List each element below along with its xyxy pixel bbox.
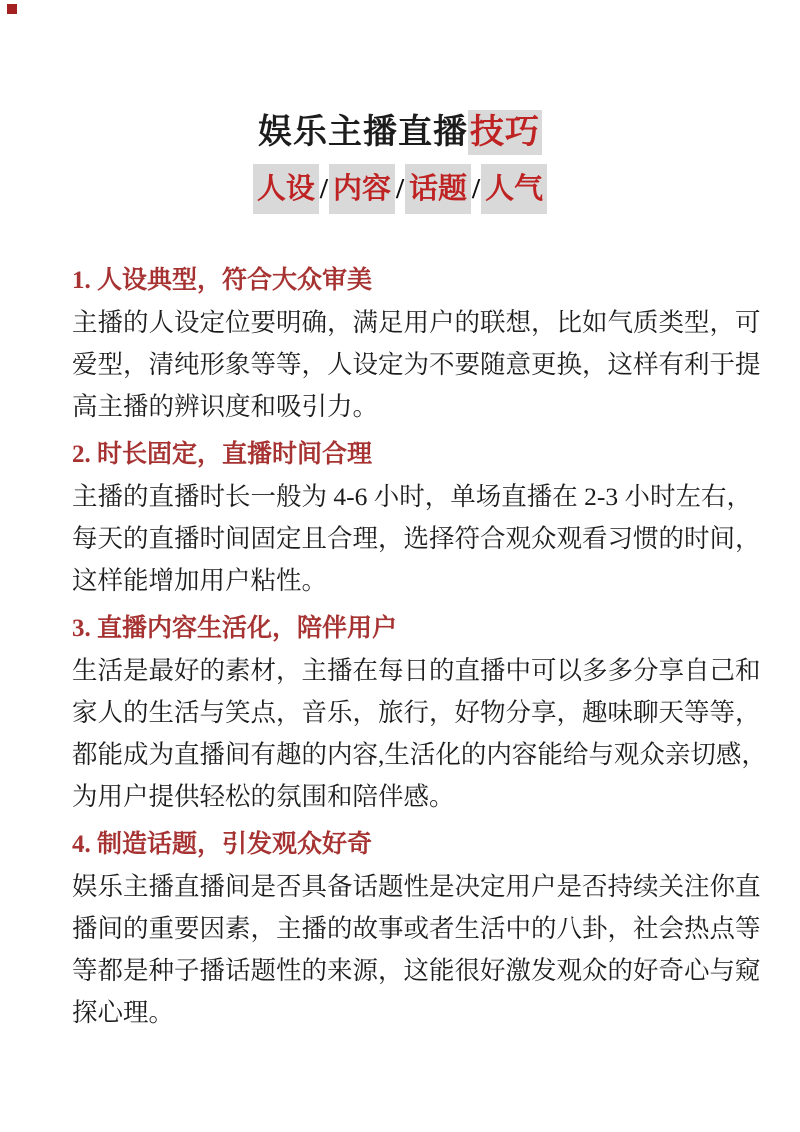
section-1-heading: 1. 人设典型，符合大众审美 [72,260,735,302]
subtitle-separator: / [395,173,405,205]
subtitle-separator: / [471,173,481,205]
section-4-line-2: 播间的重要因素，主播的故事或者生活中的八卦，社会热点等 [72,908,735,950]
section-1-line-1: 主播的人设定位要明确，满足用户的联想，比如气质类型，可 [72,302,735,344]
section-3-line-3: 都能成为直播间有趣的内容,生活化的内容能给与观众亲切感， [72,734,735,776]
section-4: 4. 制造话题，引发观众好奇 娱乐主播直播间是否具备话题性是决定用户是否持续关注… [72,824,735,1034]
section-3-heading: 3. 直播内容生活化，陪伴用户 [72,608,735,650]
section-4-line-1: 娱乐主播直播间是否具备话题性是决定用户是否持续关注你直 [72,866,735,908]
subtitle-chip-content: 内容 [329,164,395,214]
subtitle-chip-topic: 话题 [405,164,471,214]
section-4-line-3: 等都是种子播话题性的来源，这能很好激发观众的好奇心与窥 [72,950,735,992]
corner-red-mark [7,4,17,14]
subtitle-separator: / [319,173,329,205]
section-1-line-3: 高主播的辨识度和吸引力。 [72,386,735,428]
section-2-line-2: 每天的直播时间固定且合理，选择符合观众观看习惯的时间， [72,518,735,560]
subtitle-chip-persona: 人设 [253,164,319,214]
title-highlighted-text: 技巧 [468,110,542,155]
page-subtitle: 人设/内容/话题/人气 [0,164,800,214]
title-plain-text: 娱乐主播直播 [258,114,468,151]
document-body: 1. 人设典型，符合大众审美 主播的人设定位要明确，满足用户的联想，比如气质类型… [72,260,735,1034]
section-3-line-2: 家人的生活与笑点，音乐，旅行，好物分享，趣味聊天等等， [72,692,735,734]
section-3-line-1: 生活是最好的素材，主播在每日的直播中可以多多分享自己和 [72,650,735,692]
section-1-line-2: 爱型，清纯形象等等，人设定为不要随意更换，这样有利于提 [72,344,735,386]
section-2: 2. 时长固定，直播时间合理 主播的直播时长一般为 4-6 小时，单场直播在 2… [72,434,735,602]
subtitle-chip-popularity: 人气 [481,164,547,214]
page-title: 娱乐主播直播技巧 [0,0,800,158]
section-4-line-4: 探心理。 [72,992,735,1034]
section-2-line-1: 主播的直播时长一般为 4-6 小时，单场直播在 2-3 小时左右， [72,476,735,518]
section-1: 1. 人设典型，符合大众审美 主播的人设定位要明确，满足用户的联想，比如气质类型… [72,260,735,428]
section-3: 3. 直播内容生活化，陪伴用户 生活是最好的素材，主播在每日的直播中可以多多分享… [72,608,735,818]
section-2-line-3: 这样能增加用户粘性。 [72,560,735,602]
section-3-line-4: 为用户提供轻松的氛围和陪伴感。 [72,776,735,818]
section-2-heading: 2. 时长固定，直播时间合理 [72,434,735,476]
section-4-heading: 4. 制造话题，引发观众好奇 [72,824,735,866]
